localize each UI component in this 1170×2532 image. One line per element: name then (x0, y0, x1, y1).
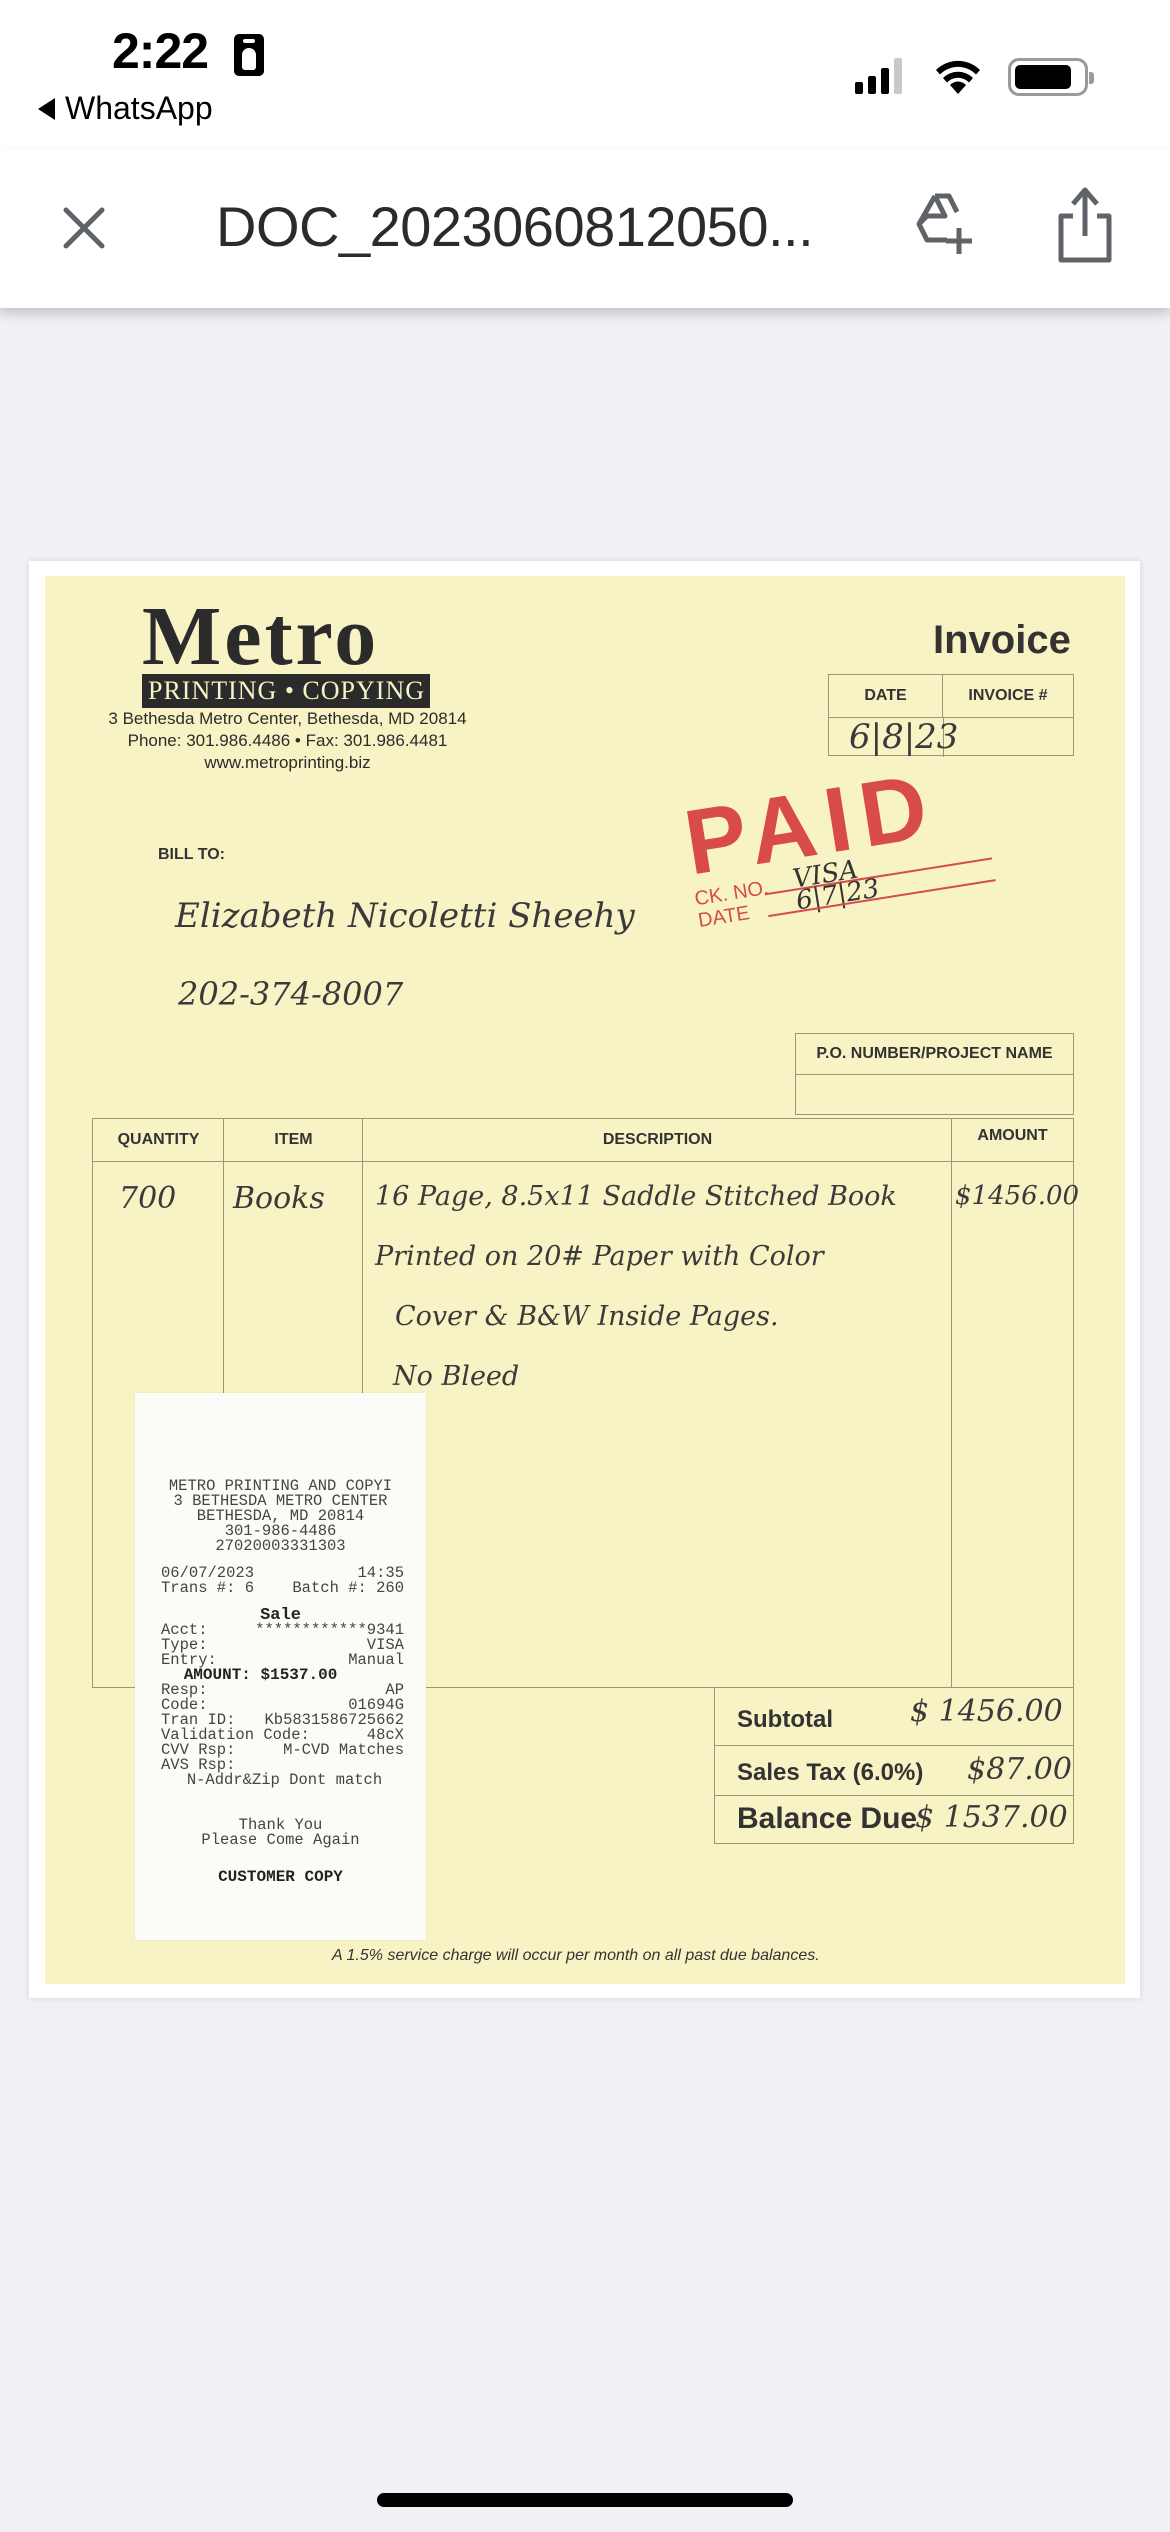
sales-tax-label: Sales Tax (6.0%) (737, 1759, 923, 1787)
close-icon[interactable] (56, 200, 112, 256)
description-header: DESCRIPTION (363, 1119, 952, 1161)
date-invoice-box: DATE INVOICE # 6|8|23 (828, 674, 1074, 756)
company-logo: Metro PRINTING • COPYING (142, 602, 432, 708)
logo-tagline: PRINTING • COPYING (142, 674, 430, 708)
card-receipt: METRO PRINTING AND COPYI 3 BETHESDA METR… (135, 1393, 426, 1940)
logo-name: Metro (142, 602, 432, 672)
row-description-line-3: Cover & B&W Inside Pages. (395, 1301, 779, 1332)
company-address: 3 Bethesda Metro Center, Bethesda, MD 20… (105, 708, 470, 774)
status-bar: 2:22 WhatsApp (0, 0, 1170, 150)
receipt-thanks-2: Please Come Again (135, 1833, 426, 1848)
battery-icon (1008, 58, 1088, 96)
bill-to-label: BILL TO: (158, 846, 225, 864)
sales-tax-row: Sales Tax (6.0%) $87.00 (715, 1746, 1073, 1796)
subtotal-row: Subtotal $ 1456.00 (715, 1688, 1073, 1746)
amount-header: AMOUNT (952, 1115, 1073, 1157)
subtotal-value: $ 1456.00 (910, 1694, 1063, 1729)
service-charge-note: A 1.5% service charge will occur per mon… (332, 1947, 820, 1965)
subtotal-label: Subtotal (737, 1706, 833, 1734)
receipt-trans: Trans #: 6 (161, 1581, 254, 1596)
sales-tax-value: $87.00 (967, 1752, 1072, 1787)
id-badge-icon (234, 34, 264, 76)
row-description-line-2: Printed on 20# Paper with Color (375, 1241, 824, 1272)
item-header: ITEM (224, 1119, 363, 1161)
quantity-header: QUANTITY (93, 1119, 224, 1161)
invoice-number-header: INVOICE # (943, 675, 1073, 717)
balance-due-value: $ 1537.00 (915, 1800, 1068, 1835)
address-line-1: 3 Bethesda Metro Center, Bethesda, MD 20… (105, 708, 470, 730)
row-quantity: 700 (119, 1181, 176, 1216)
row-description-line-1: 16 Page, 8.5x11 Saddle Stitched Book (375, 1181, 897, 1212)
bill-to-phone: 202-374-8007 (178, 975, 403, 1013)
entry-value: Manual (348, 1653, 404, 1668)
back-triangle-icon (38, 98, 55, 120)
address-line-2: Phone: 301.986.4486 • Fax: 301.986.4481 (105, 730, 470, 752)
invoice-title: Invoice (933, 618, 1071, 663)
cellular-signal-icon (855, 58, 902, 94)
bill-to-name: Elizabeth Nicoletti Sheehy (175, 896, 635, 936)
avs-detail: N-Addr&Zip Dont match (135, 1773, 426, 1788)
share-icon[interactable] (1055, 186, 1115, 264)
customer-copy-label: CUSTOMER COPY (135, 1870, 426, 1885)
document-toolbar: DOC_2023060812050... (0, 150, 1170, 308)
address-line-3: www.metroprinting.biz (105, 752, 470, 774)
totals-box: Subtotal $ 1456.00 Sales Tax (6.0%) $87.… (714, 1688, 1074, 1844)
row-description-line-4: No Bleed (393, 1361, 519, 1392)
back-app-label: WhatsApp (65, 90, 213, 127)
receipt-batch: Batch #: 260 (292, 1581, 404, 1596)
balance-due-label: Balance Due (737, 1802, 917, 1836)
receipt-trans-batch: Trans #: 6 Batch #: 260 (135, 1581, 426, 1596)
cvv-value: M-CVD Matches (283, 1743, 404, 1758)
back-to-whatsapp-link[interactable]: WhatsApp (38, 90, 213, 127)
document-title: DOC_2023060812050... (216, 194, 813, 259)
add-to-drive-icon[interactable] (905, 190, 975, 260)
home-indicator[interactable] (377, 2493, 793, 2507)
po-number-box: P.O. NUMBER/PROJECT NAME (795, 1033, 1074, 1115)
date-header: DATE (829, 675, 943, 717)
invoice-date-value: 6|8|23 (849, 717, 958, 757)
clock: 2:22 (112, 22, 208, 80)
row-amount: $1456.00 (955, 1181, 1079, 1211)
row-item: Books (233, 1181, 325, 1216)
balance-due-row: Balance Due $ 1537.00 (715, 1796, 1073, 1844)
po-number-header: P.O. NUMBER/PROJECT NAME (796, 1034, 1073, 1075)
wifi-icon (935, 58, 981, 96)
receipt-header-5: 27020003331303 (135, 1539, 426, 1554)
